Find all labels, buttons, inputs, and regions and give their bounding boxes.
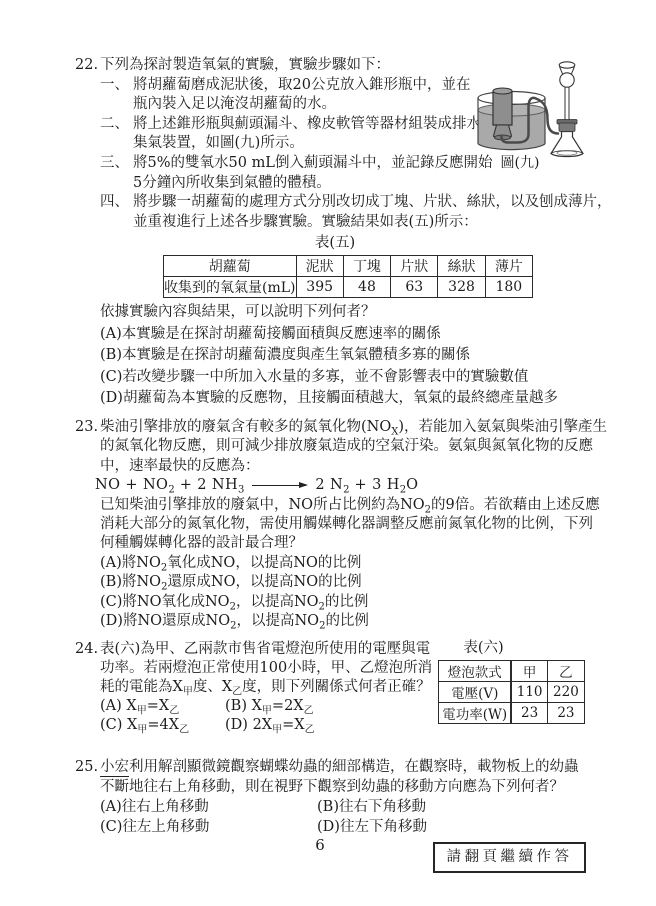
q23-line4-text: 已知柴油引擎排放的廢氣中，NO所占比例約為NO — [100, 497, 425, 513]
option-text: =4X — [147, 717, 179, 733]
eq-seg: NO + NO — [95, 477, 168, 493]
q25-line1: 25.小宏利用解剖顯微鏡觀察蝴蝶幼蟲的細部構造，在觀察時，載物板上的幼蟲 — [75, 757, 579, 777]
table-5-value: 328 — [438, 277, 485, 298]
q25-option-c: (C)往左上角移動 — [100, 817, 317, 837]
option-text: X — [252, 698, 262, 714]
option-text: 的比例 — [325, 613, 369, 629]
q25-options-row2: (C)往左上角移動(D)往左下角移動 — [100, 817, 579, 837]
q24-options-row2: (C) X甲=4X乙(D) 2X甲=X乙 — [100, 716, 432, 735]
eq-seg: 2 N — [315, 477, 343, 493]
q24-x-yi-subscript: 乙 — [232, 687, 242, 698]
option-sub: 甲 — [137, 706, 147, 717]
q23-line4: 已知柴油引擎排放的廢氣中，NO所占比例約為NO2的9倍。若欲藉由上述反應 — [100, 496, 607, 515]
figure-9-caption: 圖(九) — [484, 152, 556, 172]
option-label: (B) — [225, 698, 247, 714]
q22-option-c: (C)若改變步驟一中所加入水量的多寡，並不會影響表中的實驗數值 — [100, 367, 558, 389]
q24-line3: 耗的電能為X甲度、X乙度，則下列關係式何者正確？ — [100, 678, 432, 697]
option-label: (B) — [317, 799, 339, 815]
table-6-power-label: 電功率(W) — [439, 703, 512, 724]
option-label: (D) — [317, 819, 340, 835]
table-6-voltage-jia: 110 — [511, 682, 547, 703]
option-label: (D) — [100, 613, 123, 629]
eq-seg: O — [406, 477, 418, 493]
option-label: (A) — [100, 799, 122, 815]
option-text: =X — [282, 717, 304, 733]
eq-sub: 3 — [238, 485, 244, 496]
q23-line1: 23.柴油引擎排放的廢氣含有較多的氮氧化物(NOX)，若能加入氨氣與柴油引擎產生 — [75, 418, 607, 437]
q24-line3-text: 耗的電能為X — [100, 679, 183, 695]
q25-number: 25. — [75, 757, 100, 777]
question-24: 24.表(六)為甲、乙兩款市售省電燈泡所使用的電壓與電 功率。若兩燈泡正常使用1… — [75, 640, 432, 735]
question-23: 23.柴油引擎排放的廢氣含有較多的氮氧化物(NOX)，若能加入氨氣與柴油引擎產生… — [75, 418, 607, 631]
q22-step3-marker: 三、 — [100, 154, 133, 174]
table-row: 收集到的氧氣量(mL) 395 48 63 328 180 — [164, 277, 533, 298]
option-text: =2X — [272, 698, 304, 714]
option-label: (A) — [100, 698, 122, 714]
table-6-power-jia: 23 — [511, 703, 547, 724]
q24-line1: 24.表(六)為甲、乙兩款市售省電燈泡所使用的電壓與電 — [75, 640, 432, 659]
option-label: (A) — [100, 555, 122, 571]
q22-option-a: (A)本實驗是在探討胡蘿蔔接觸面積與反應速率的關係 — [100, 324, 558, 346]
q22-prompt: 依據實驗內容與結果，可以說明下列何者？ — [100, 302, 558, 324]
q25-options-row1: (A)往右上角移動(B)往右下角移動 — [100, 797, 579, 817]
table-6-power-yi: 23 — [547, 703, 584, 724]
option-label: (D) — [225, 717, 248, 733]
option-text: =X — [147, 698, 169, 714]
table-6-grid: 燈泡款式 甲 乙 電壓(V) 110 220 電功率(W) 23 23 — [438, 660, 585, 724]
option-label: (C) — [100, 369, 122, 385]
table-5-grid: 胡蘿蔔 泥狀 丁塊 片狀 絲狀 薄片 收集到的氧氣量(mL) 395 48 63… — [163, 255, 533, 298]
table-6: 表(六) 燈泡款式 甲 乙 電壓(V) 110 220 電功率(W) 23 23 — [438, 639, 585, 724]
q24-line1-text: 表(六)為甲、乙兩款市售省電燈泡所使用的電壓與電 — [100, 641, 430, 657]
q22-step4-marker: 四、 — [100, 193, 133, 213]
table-row: 電壓(V) 110 220 — [439, 682, 585, 703]
q22-option-b: (B)本實驗是在探討胡蘿蔔濃度與產生氧氣體積多寡的關係 — [100, 345, 558, 367]
q24-number: 24. — [75, 640, 100, 659]
table-5-header-slice: 片狀 — [391, 256, 438, 277]
q22-step1-text: 將胡蘿蔔磨成泥狀後，取20公克放入錐形瓶中，並在 — [133, 77, 470, 93]
table-5-value: 48 — [343, 277, 390, 298]
table-row: 燈泡款式 甲 乙 — [439, 661, 585, 682]
q23-option-d: (D)將NO還原成NO2，以提高NO2的比例 — [100, 612, 607, 631]
table-5-row-label: 收集到的氧氣量(mL) — [164, 277, 297, 298]
table-5: 表(五) 胡蘿蔔 泥狀 丁塊 片狀 絲狀 薄片 收集到的氧氣量(mL) 395 … — [163, 234, 533, 298]
table-row: 胡蘿蔔 泥狀 丁塊 片狀 絲狀 薄片 — [164, 256, 533, 277]
q22-step3-line2: 5分鐘內所收集到氣體的體積。 — [133, 174, 612, 194]
option-text: 胡蘿蔔為本實驗的反應物，且接觸面積越大，氧氣的最終總產量越多 — [123, 390, 558, 406]
q24-x-jia-subscript: 甲 — [183, 687, 193, 698]
q24-line2: 功率。若兩燈泡正常使用100小時，甲、乙燈泡所消 — [100, 659, 432, 678]
option-label: (B) — [100, 347, 122, 363]
q24-line3-mid: 度、X — [193, 679, 232, 695]
table-5-header-shred: 絲狀 — [438, 256, 485, 277]
q22-step2-marker: 二、 — [100, 115, 133, 135]
option-text: ，以提高NO — [236, 613, 319, 629]
q23-option-a: (A)將NO2氧化成NO，以提高NO的比例 — [100, 554, 607, 573]
q22-step4-text: 將步驟一胡蘿蔔的處理方式分別改切成丁塊、片狀、絲狀，以及刨成薄片， — [133, 194, 612, 210]
table-5-header-cube: 丁塊 — [343, 256, 390, 277]
question-22-options: 依據實驗內容與結果，可以說明下列何者？ (A)本實驗是在探討胡蘿蔔接觸面積與反應… — [75, 302, 558, 410]
q25-option-b: (B)往右下角移動 — [317, 799, 426, 815]
page-number: 6 — [302, 836, 338, 854]
option-sub: 乙 — [169, 706, 179, 717]
table-6-header-style: 燈泡款式 — [439, 661, 512, 682]
eq-seg: + 2 NH — [175, 477, 238, 493]
q23-chemical-equation: NO + NO2 + 2 NH32 N2 + 3 H2O — [95, 476, 607, 495]
table-5-header-thin: 薄片 — [485, 256, 532, 277]
q23-line6: 何種觸媒轉化器的設計最合理？ — [100, 534, 607, 553]
q22-step4-line1: 四、將步驟一胡蘿蔔的處理方式分別改切成丁塊、片狀、絲狀，以及刨成薄片， — [100, 193, 612, 213]
option-text: 氧化成NO，以提高NO的比例 — [167, 555, 361, 571]
q23-number: 23. — [75, 418, 100, 437]
q22-step3-text: 將5%的雙氧水50 mL倒入薊頭漏斗中，並記錄反應開始 — [133, 155, 492, 171]
q22-number: 22. — [75, 56, 100, 76]
table-6-title: 表(六) — [410, 639, 557, 658]
option-text: 往右下角移動 — [339, 799, 426, 815]
option-text: X — [127, 717, 137, 733]
q23-line3: 中，速率最快的反應為： — [100, 457, 607, 476]
turn-page-notice-box: 請翻頁繼續作答 — [433, 842, 586, 873]
option-text: 還原成NO，以提高NO的比例 — [167, 574, 361, 590]
option-text: 往右上角移動 — [122, 799, 209, 815]
option-sub: 乙 — [179, 725, 189, 736]
q22-option-d: (D)胡蘿蔔為本實驗的反應物，且接觸面積越大，氧氣的最終總產量越多 — [100, 388, 558, 410]
option-label: (A) — [100, 326, 122, 342]
q23-line5: 消耗大部分的氮氧化物，需使用觸媒轉化器調整反應前氮氧化物的比例，下列 — [100, 515, 607, 534]
option-text: 的比例 — [325, 594, 369, 610]
q25-line2: 不斷地往右上角移動，則在視野下觀察到幼蟲的移動方向應為下列何者？ — [100, 777, 579, 797]
option-label: (C) — [100, 819, 122, 835]
table-5-value: 63 — [391, 277, 438, 298]
option-text: 本實驗是在探討胡蘿蔔接觸面積與反應速率的關係 — [122, 326, 441, 342]
q25-student-name: 小宏 — [100, 759, 129, 777]
option-text: 將NO — [122, 555, 161, 571]
option-sub: 甲 — [272, 725, 282, 736]
q23-line1-text: 柴油引擎排放的廢氣含有較多的氮氧化物(NO — [100, 419, 391, 435]
reaction-arrow — [252, 485, 306, 486]
option-label: (C) — [100, 594, 122, 610]
q23-line2: 的氮氧化物反應，則可減少排放廢氣造成的空氣汙染。氨氣與氮氧化物的反應 — [100, 437, 607, 456]
q24-option-c: (C) X甲=4X乙 — [100, 716, 225, 735]
option-text: X — [126, 698, 136, 714]
option-text: 將NO還原成NO — [123, 613, 230, 629]
option-label: (D) — [100, 390, 123, 406]
q24-option-d: (D) 2X甲=X乙 — [225, 717, 315, 733]
table-5-header-carrot: 胡蘿蔔 — [164, 256, 297, 277]
q24-option-b: (B) X甲=2X乙 — [225, 698, 314, 714]
option-sub: 甲 — [262, 706, 272, 717]
q23-option-c: (C)將NO氧化成NO2，以提高NO2的比例 — [100, 593, 607, 612]
exam-page: 22.下列為探討製造氧氣的實驗，實驗步驟如下： 一、將胡蘿蔔磨成泥狀後，取20公… — [0, 0, 656, 906]
q22-step4-line2: 並重複進行上述各步驟實驗。實驗結果如表(五)所示： — [133, 213, 612, 233]
option-sub: 乙 — [305, 725, 315, 736]
option-text: 若改變步驟一中所加入水量的多寡，並不會影響表中的實驗數值 — [122, 369, 528, 385]
option-text: 將NO — [122, 574, 161, 590]
q23-line4-tail: 的9倍。若欲藉由上述反應 — [431, 497, 600, 513]
option-text: 將NO氧化成NO — [122, 594, 229, 610]
table-6-header-jia: 甲 — [511, 661, 547, 682]
option-label: (C) — [100, 717, 122, 733]
figure-9: 圖(九) — [470, 56, 640, 172]
option-sub: 乙 — [304, 706, 314, 717]
table-5-title: 表(五) — [163, 234, 507, 253]
eq-seg: + 3 H — [350, 477, 400, 493]
table-5-value: 395 — [296, 277, 343, 298]
option-text: 2X — [253, 717, 273, 733]
q22-intro-text: 下列為探討製造氧氣的實驗，實驗步驟如下： — [100, 57, 390, 73]
table-6-voltage-yi: 220 — [547, 682, 584, 703]
q25-option-d: (D)往左下角移動 — [317, 819, 427, 835]
table-6-voltage-label: 電壓(V) — [439, 682, 512, 703]
option-text: 往左上角移動 — [122, 819, 209, 835]
q22-step1-marker: 一、 — [100, 76, 133, 96]
q23-option-b: (B)將NO2還原成NO，以提高NO的比例 — [100, 573, 607, 592]
table-5-value: 180 — [485, 277, 532, 298]
q22-step2-text: 將上述錐形瓶與薊頭漏斗、橡皮軟管等器材組裝成排水 — [133, 116, 481, 132]
table-5-header-mud: 泥狀 — [296, 256, 343, 277]
option-text: 往左下角移動 — [340, 819, 427, 835]
question-25: 25.小宏利用解剖顯微鏡觀察蝴蝶幼蟲的細部構造，在觀察時，載物板上的幼蟲 不斷地… — [75, 757, 579, 837]
option-label: (B) — [100, 574, 122, 590]
table-6-header-yi: 乙 — [547, 661, 584, 682]
option-text: ，以提高NO — [236, 594, 319, 610]
q24-line3-tail: 度，則下列關係式何者正確？ — [242, 679, 431, 695]
table-row: 電功率(W) 23 23 — [439, 703, 585, 724]
option-text: 本實驗是在探討胡蘿蔔濃度與產生氧氣體積多寡的關係 — [122, 347, 470, 363]
q25-line1-text: 利用解剖顯微鏡觀察蝴蝶幼蟲的細部構造，在觀察時，載物板上的幼蟲 — [129, 759, 579, 775]
q24-options-row1: (A) X甲=X乙(B) X甲=2X乙 — [100, 697, 432, 716]
q24-option-a: (A) X甲=X乙 — [100, 697, 225, 716]
q23-line1-tail: )，若能加入氨氣與柴油引擎產生 — [398, 419, 607, 435]
q25-option-a: (A)往右上角移動 — [100, 797, 317, 817]
option-sub: 甲 — [137, 725, 147, 736]
